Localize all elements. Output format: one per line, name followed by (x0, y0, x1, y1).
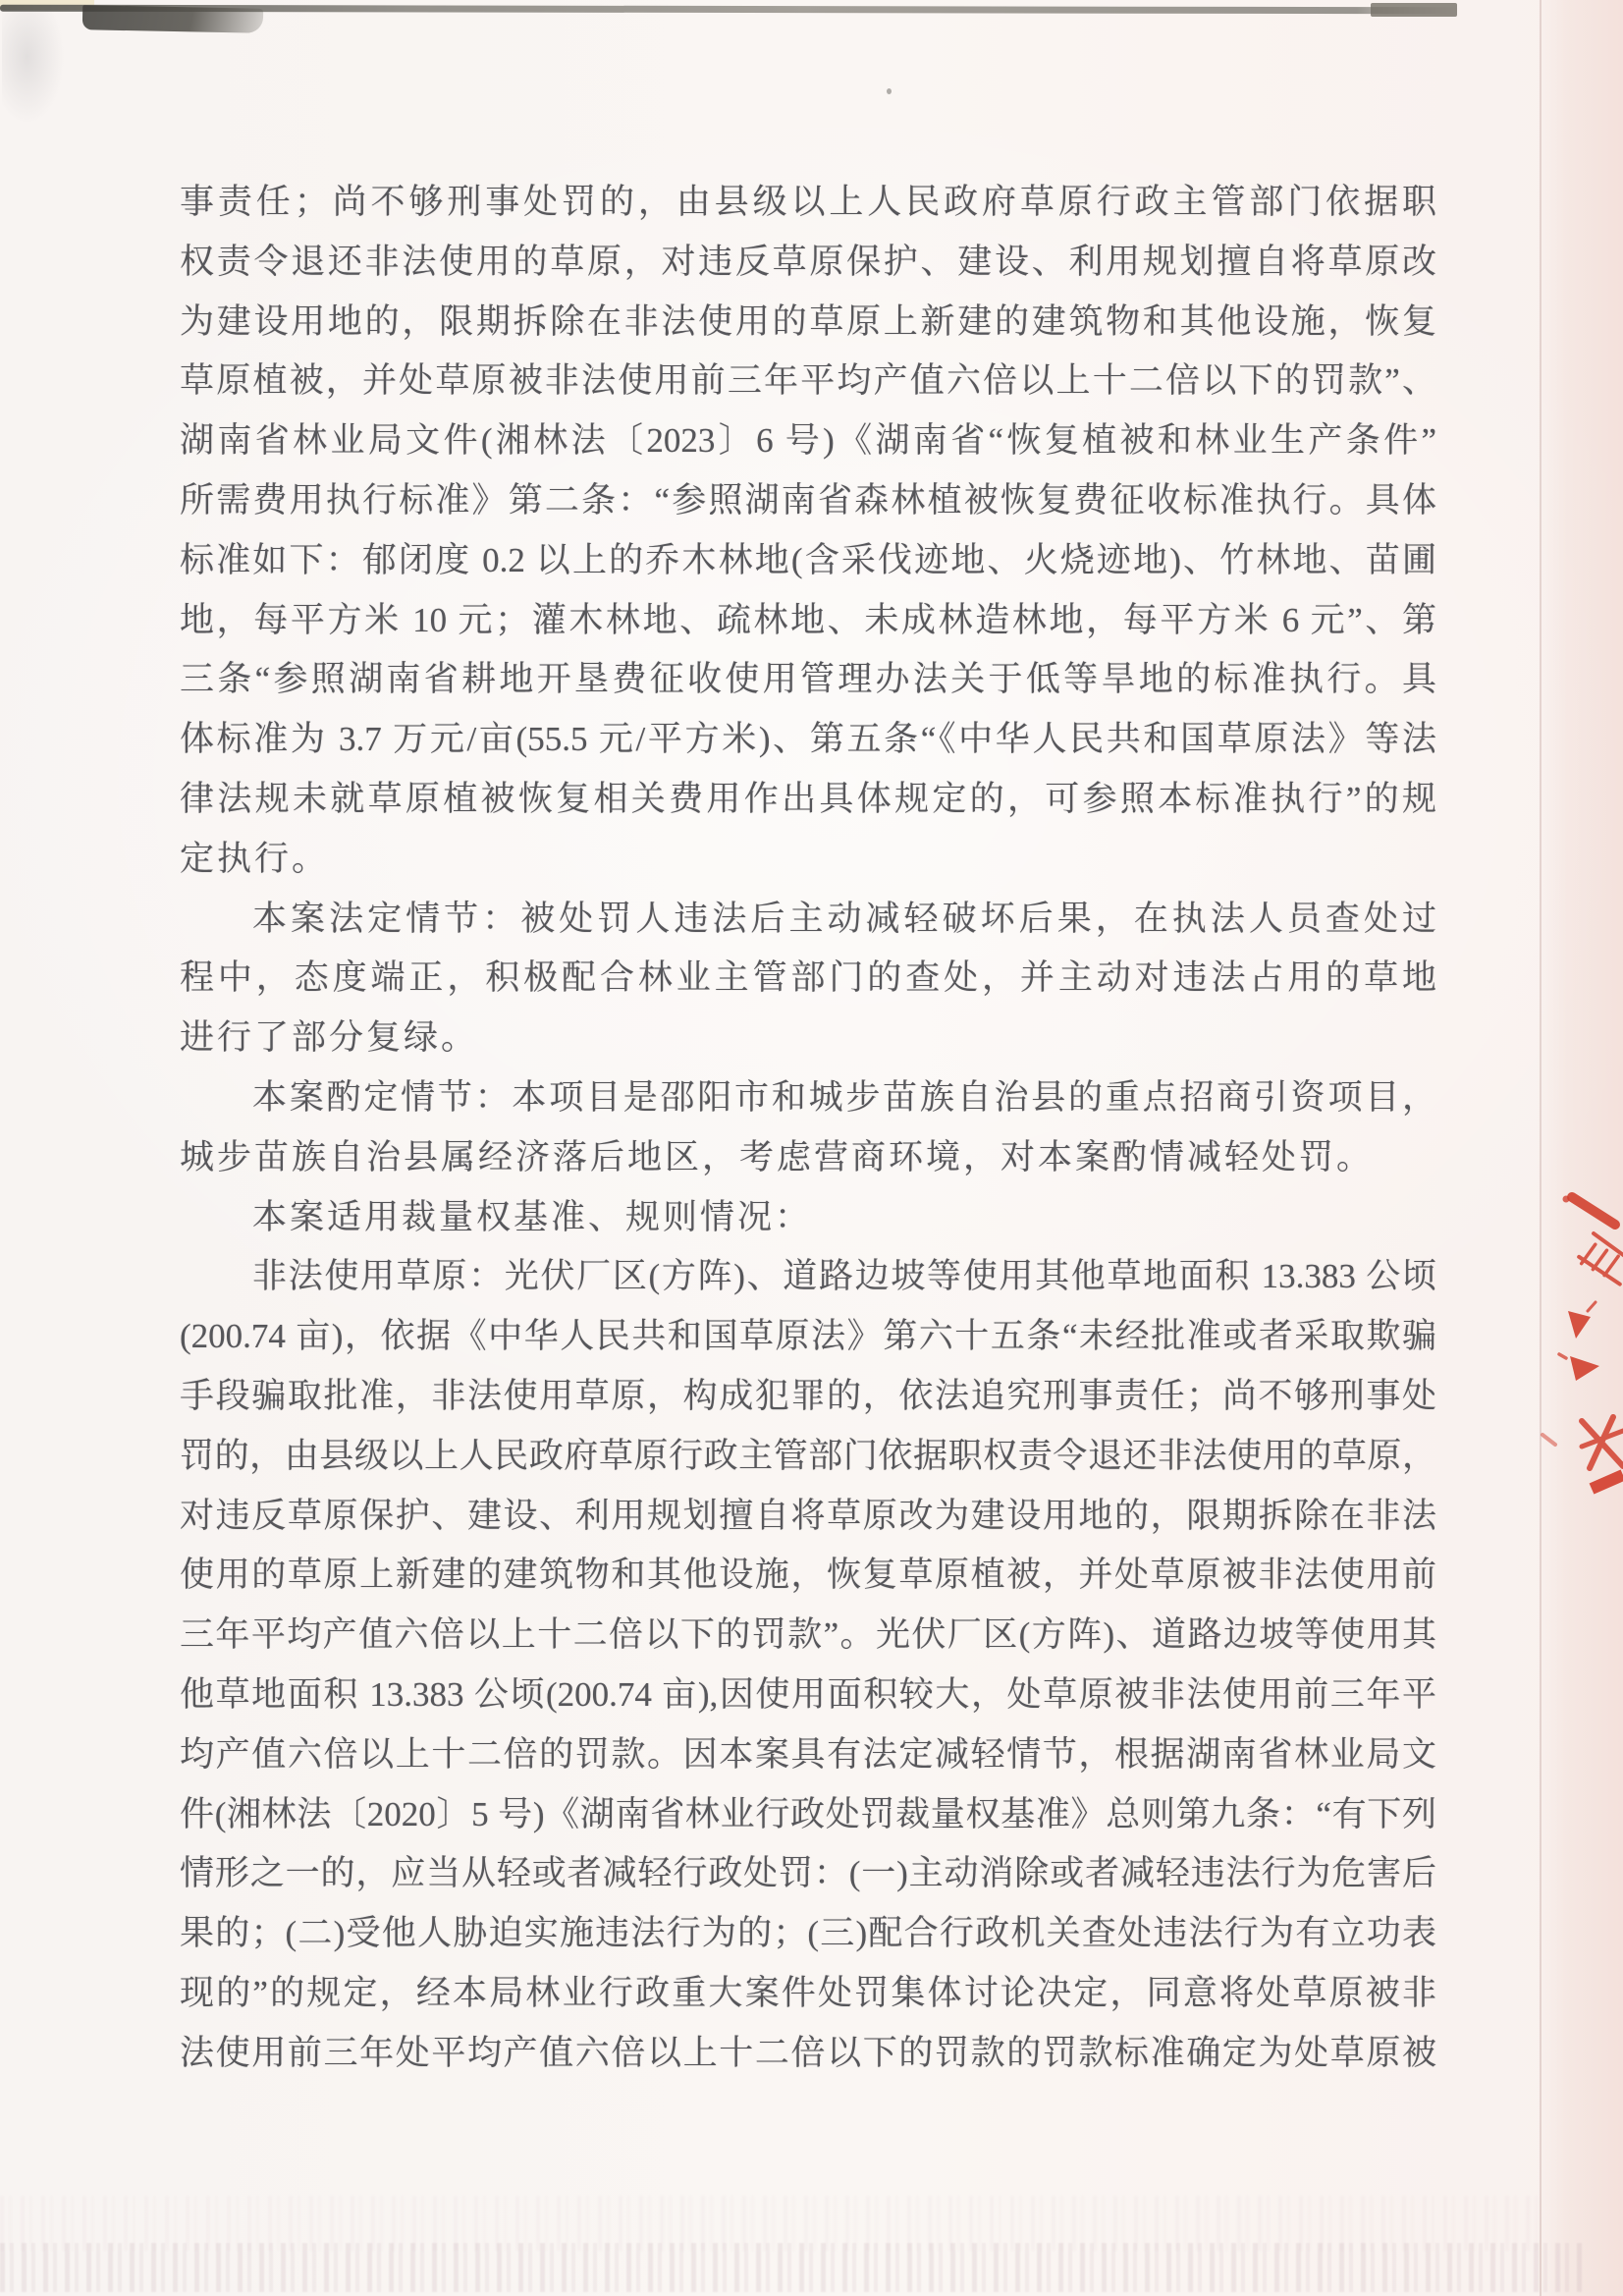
text-line: 三年平均产值六倍以上十二倍以下的罚款”。光伏厂区(方阵)、道路边坡等使用其 (180, 1606, 1436, 1666)
text-line: 湖南省林业局文件(湘林法〔2023〕6 号)《湖南省“恢复植被和林业生产条件” (180, 411, 1436, 471)
seal-stroke (1572, 1197, 1615, 1225)
text-line: 均产值六倍以上十二倍的罚款。因本案具有法定减轻情节，根据湖南省林业局文 (180, 1725, 1436, 1785)
text-line: (200.74 亩)，依据《中华人民共和国草原法》第六十五条“未经批准或者采取欺… (180, 1307, 1436, 1367)
text-line: 果的；(二)受他人胁迫实施违法行为的；(三)配合行政机关查处违法行为有立功表 (180, 1904, 1436, 1964)
text-line: 现的”的规定，经本局林业行政重大案件处罚集体讨论决定，同意将处草原被非 (180, 1964, 1436, 2024)
text-line: 草原植被，并处草原被非法使用前三年平均产值六倍以上十二倍以下的罚款”、 (180, 352, 1436, 411)
text-line: 件(湘林法〔2020〕5 号)《湖南省林业行政处罚裁量权基准》总则第九条：“有下… (180, 1785, 1436, 1845)
text-line: 非法使用草原：光伏厂区(方阵)、道路边坡等使用其他草地面积 13.383 公顷 (180, 1247, 1436, 1307)
text-line: 标准如下：郁闭度 0.2 以上的乔木林地(含采伐迹地、火烧迹地)、竹林地、苗圃 (180, 531, 1436, 591)
text-line: 本案适用裁量权基准、规则情况： (180, 1188, 1436, 1248)
red-seal-stamp-fragment (1537, 1164, 1623, 1498)
seal-character-fragment (1575, 1233, 1623, 1290)
seal-mark-dash (1559, 1354, 1566, 1358)
seal-character-fragment (1582, 1417, 1623, 1468)
text-line: 定执行。 (180, 830, 1436, 890)
paper-right-edge-line (1540, 0, 1542, 2296)
text-line: 本案酌定情节：本项目是邵阳市和城步苗族自治县的重点招商引资项目， (180, 1068, 1436, 1128)
text-line: 地，每平方米 10 元；灌木林地、疏林地、未成林造林地，每平方米 6 元”、第 (180, 591, 1436, 651)
seal-mark-tail (1588, 1302, 1596, 1311)
text-line: 权责令退还非法使用的草原，对违反草原保护、建设、利用规划擅自将草原改 (180, 233, 1436, 293)
seal-bottom-stroke (1592, 1475, 1623, 1489)
text-line: 城步苗族自治县属经济落后地区，考虑营商环境，对本案酌情减轻处罚。 (180, 1128, 1436, 1188)
text-line: 情形之一的，应当从轻或者减轻行政处罚：(一)主动消除或者减轻违法行为危害后 (180, 1844, 1436, 1904)
scanned-document-page: 事责任；尚不够刑事处罚的，由县级以上人民政府草原行政主管部门依据职 权责令退还非… (0, 0, 1623, 2296)
text-line: 本案法定情节：被处罚人违法后主动减轻破坏后果，在执法人员查处过 (180, 890, 1436, 950)
scan-speck (887, 88, 892, 94)
text-line: 所需费用执行标准》第二条：“参照湖南省森林植被恢复费征收标准执行。具体 (180, 471, 1436, 531)
scan-edge-cream-strip (0, 0, 94, 10)
text-line: 三条“参照湖南省耕地开垦费征收使用管理办法关于低等旱地的标准执行。具 (180, 650, 1436, 710)
scan-edge-dark-streak (0, 5, 1459, 15)
text-line: 律法规未就草原植被恢复相关费用作出具体规定的，可参照本标准执行”的规 (180, 770, 1436, 830)
text-line: 他草地面积 13.383 公顷(200.74 亩),因使用面积较大，处草原被非法… (180, 1666, 1436, 1725)
text-line: 事责任；尚不够刑事处罚的，由县级以上人民政府草原行政主管部门依据职 (180, 173, 1436, 233)
scan-bottom-smudge (0, 2243, 1583, 2292)
seal-mark-triangle (1570, 1356, 1599, 1381)
document-body: 事责任；尚不够刑事处罚的，由县级以上人民政府草原行政主管部门依据职 权责令退还非… (180, 173, 1436, 2084)
scan-bottom-smudge (0, 2196, 1542, 2251)
seal-mark-triangle (1568, 1311, 1591, 1339)
text-line: 为建设用地的，限期拆除在非法使用的草原上新建的建筑物和其他设施，恢复 (180, 293, 1436, 353)
text-line: 手段骗取批准，非法使用草原，构成犯罪的，依法追究刑事责任；尚不够刑事处 (180, 1367, 1436, 1427)
text-line: 程中，态度端正，积极配合林业主管部门的查处，并主动对违法占用的草地 (180, 949, 1436, 1009)
seal-mark-faint-dash (1542, 1435, 1555, 1445)
scan-left-smudge (2, 12, 65, 125)
text-line: 罚的，由县级以上人民政府草原行政主管部门依据职权责令退还非法使用的草原， (180, 1427, 1436, 1487)
text-line: 法使用前三年处平均产值六倍以上十二倍以下的罚款的罚款标准确定为处草原被 (180, 2024, 1436, 2084)
text-line: 进行了部分复绿。 (180, 1009, 1436, 1068)
scan-edge-dark-blob (82, 5, 263, 33)
text-line: 使用的草原上新建的建筑物和其他设施，恢复草原植被，并处草原被非法使用前 (180, 1546, 1436, 1606)
text-line: 体标准为 3.7 万元/亩(55.5 元/平方米)、第五条“《中华人民共和国草原… (180, 710, 1436, 770)
paper-right-edge-band (1537, 0, 1623, 2296)
scan-edge-notch (1371, 3, 1457, 17)
text-line: 对违反草原保护、建设、利用规划擅自将草原改为建设用地的，限期拆除在非法 (180, 1487, 1436, 1547)
